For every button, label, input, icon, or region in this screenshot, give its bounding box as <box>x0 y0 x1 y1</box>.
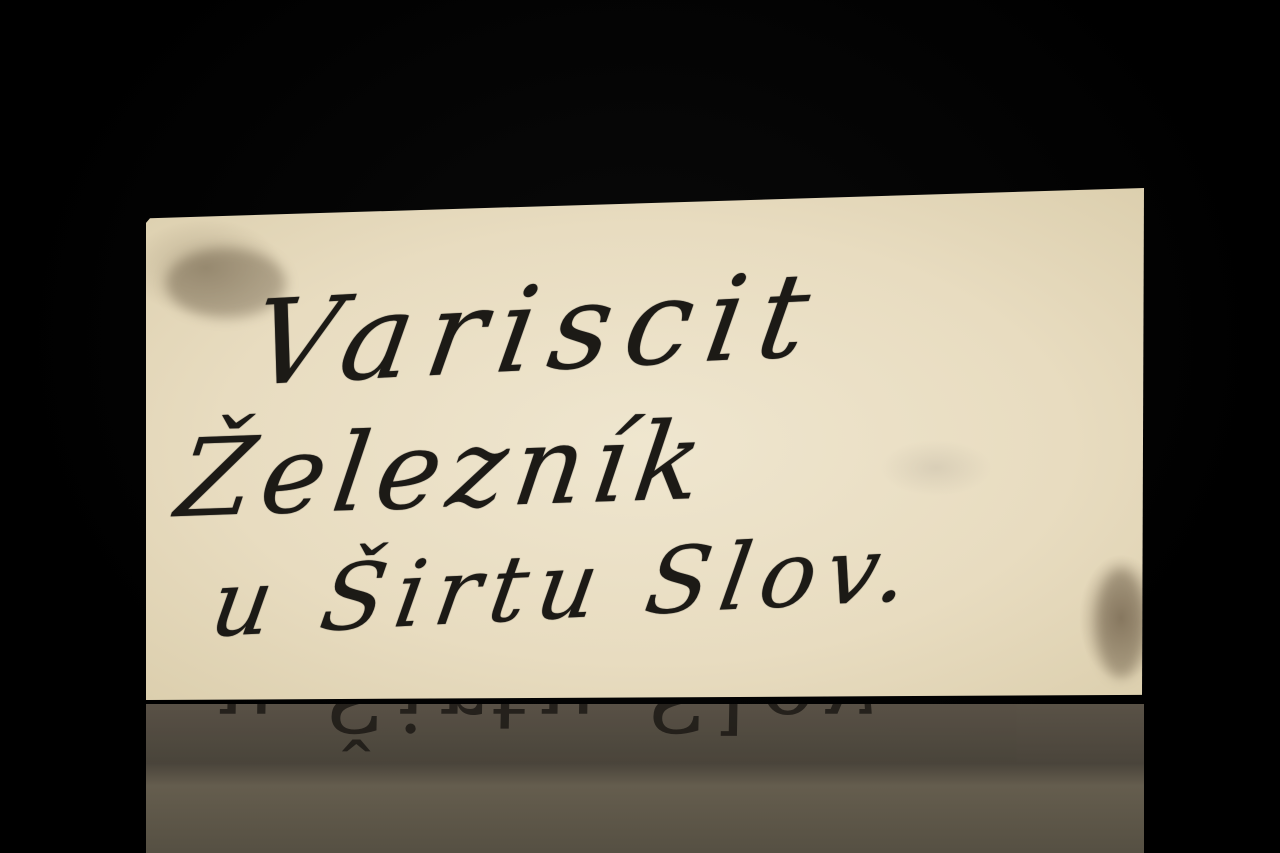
mineral-name-text: Variscit <box>242 245 832 412</box>
reflected-text: u Širtu Slov. <box>205 704 926 751</box>
label-reflection: u Širtu Slov. <box>146 704 1144 853</box>
specimen-label: Variscit Železník u Širtu Slov. <box>146 188 1144 700</box>
paper-stain <box>1096 568 1146 678</box>
locality-text: Železník <box>170 399 718 542</box>
photo-scene: Variscit Železník u Širtu Slov. u Širtu … <box>0 0 1280 853</box>
